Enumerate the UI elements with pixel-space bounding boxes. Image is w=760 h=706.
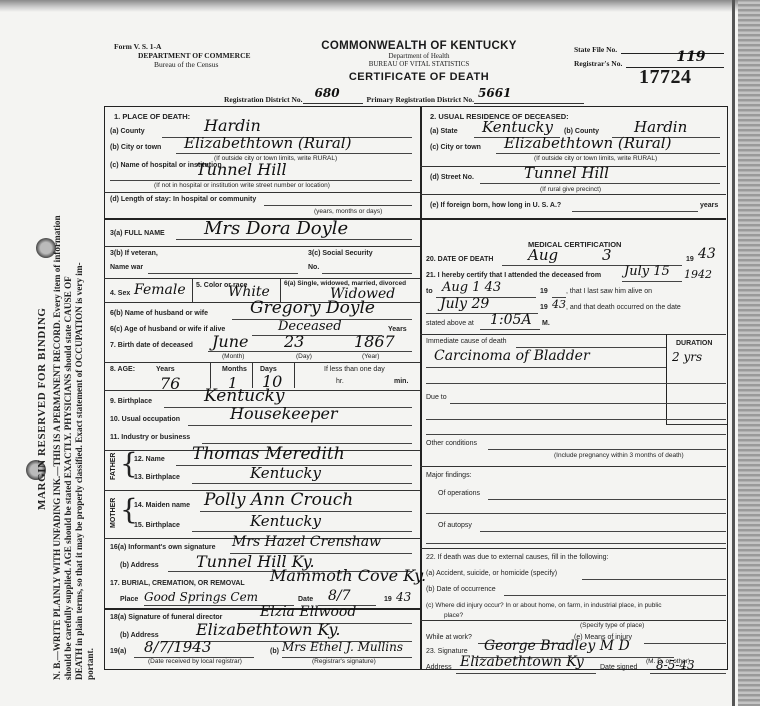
- mother-label: MOTHER: [110, 498, 117, 528]
- section-divider: [104, 218, 726, 220]
- burial-year-value: 43: [396, 590, 411, 604]
- certificate-title: CERTIFICATE OF DEATH: [304, 71, 534, 83]
- length-of-stay-field[interactable]: [264, 205, 412, 206]
- form-header-left: Form V. S. 1-A DEPARTMENT OF COMMERCE Bu…: [114, 42, 251, 69]
- duration-box: [666, 334, 727, 425]
- birthplace-value: Kentucky: [204, 386, 284, 406]
- mother-birthplace-value: Kentucky: [250, 512, 321, 530]
- burial-date-value: 8/7: [328, 588, 351, 604]
- mother-brace: {: [120, 496, 138, 524]
- father-birthplace-field[interactable]: [192, 483, 412, 484]
- birth-day-value: 23: [284, 332, 304, 351]
- father-label: FATHER: [110, 453, 117, 480]
- death-month-value: Aug: [528, 246, 558, 264]
- residence-city-field[interactable]: [496, 153, 720, 154]
- last-seen-value: July 29: [440, 296, 489, 312]
- date-received-value: 8/7/1943: [144, 638, 211, 656]
- department: DEPARTMENT OF COMMERCE: [138, 51, 251, 60]
- informant-signature-value: Mrs Hazel Crenshaw: [232, 534, 381, 550]
- scan-edge-top: [0, 0, 760, 12]
- residence-street-field[interactable]: [480, 183, 720, 184]
- registrar-signature-value: Mrs Ethel J. Mullins: [282, 640, 403, 654]
- divider: [252, 362, 253, 388]
- father-birthplace-value: Kentucky: [250, 464, 321, 482]
- divider: [420, 466, 726, 467]
- other-conditions-field[interactable]: [488, 449, 726, 450]
- registration-district-field[interactable]: 680: [303, 90, 363, 104]
- document-title: COMMONWEALTH OF KENTUCKY: [304, 40, 534, 52]
- findings-line: [426, 513, 726, 514]
- hospital-field[interactable]: [110, 180, 412, 181]
- margin-reserved-text: MARGIN RESERVED FOR BINDING: [36, 307, 48, 510]
- cause-line: [426, 383, 726, 384]
- date-signed-value: 8-5-43: [656, 658, 695, 672]
- spouse-name-value: Gregory Doyle: [250, 298, 375, 318]
- center-divider: [420, 106, 422, 670]
- registration-district: Registration District No. 680 Primary Re…: [224, 90, 584, 104]
- sex-value[interactable]: Female: [134, 282, 186, 298]
- form-edge-line: [732, 0, 735, 706]
- form-id: Form V. S. 1-A: [114, 42, 251, 51]
- findings-line: [426, 543, 726, 544]
- time-of-death-field[interactable]: [480, 329, 540, 330]
- physician-address-field[interactable]: [456, 673, 596, 674]
- place-of-death-heading: 1. PLACE OF DEATH:: [114, 112, 190, 121]
- birth-date-field[interactable]: [208, 351, 412, 352]
- burial-value: Mammoth Cove Ky.: [270, 566, 426, 585]
- means-of-injury-field[interactable]: [644, 643, 726, 644]
- bureau-vital-statistics: BUREAU OF VITAL STATISTICS: [304, 60, 534, 68]
- attended-from-field[interactable]: [622, 281, 682, 282]
- funeral-director-address-value: Elizabethtown Ky.: [196, 620, 340, 639]
- form-header-center: COMMONWEALTH OF KENTUCKY Department of H…: [304, 40, 534, 83]
- death-certificate-form: Form V. S. 1-A DEPARTMENT OF COMMERCE Bu…: [104, 34, 730, 679]
- death-city-value: Elizabethtown (Rural): [184, 134, 351, 152]
- divider: [192, 278, 193, 302]
- funeral-director-signature-value: Elzia Ellwood: [260, 604, 356, 620]
- date-of-occurrence-field[interactable]: [504, 595, 726, 596]
- bureau: Bureau of the Census: [154, 60, 251, 69]
- divider: [104, 278, 420, 279]
- birth-month-value: June: [212, 332, 249, 351]
- occupation-field[interactable]: [188, 425, 412, 426]
- cause-line: [426, 419, 726, 420]
- attended-from-value: July 15: [624, 264, 670, 279]
- death-city-field[interactable]: [176, 153, 412, 154]
- stamped-certificate-number: 17724: [639, 66, 692, 89]
- date-signed-field[interactable]: [650, 673, 726, 674]
- mother-birthplace-field[interactable]: [192, 531, 412, 532]
- divider: [104, 192, 420, 193]
- time-of-death-value: 1:05A: [490, 312, 532, 328]
- physician-address-value: Elizabethtown Ky: [460, 654, 584, 670]
- residence-street-value: Tunnel Hill: [524, 164, 609, 182]
- death-year-value: 43: [698, 246, 716, 262]
- duration-heading: DURATION: [676, 340, 712, 347]
- mother-name-value: Polly Ann Crouch: [204, 490, 353, 510]
- department-of-health: Department of Health: [304, 52, 534, 60]
- divider: [210, 362, 211, 388]
- father-name-value: Thomas Meredith: [192, 444, 345, 464]
- operations-field[interactable]: [488, 499, 726, 500]
- residence-city-value: Elizabethtown (Rural): [504, 134, 671, 152]
- divider: [104, 362, 420, 363]
- ssn-field[interactable]: [322, 273, 412, 274]
- cause-line: [426, 434, 726, 435]
- autopsy-field[interactable]: [480, 531, 726, 532]
- immediate-cause-field[interactable]: [426, 367, 666, 368]
- divider: [420, 620, 726, 621]
- primary-district-field[interactable]: 5661: [474, 90, 584, 104]
- hospital-value: Tunnel Hill: [196, 160, 287, 179]
- divider: [420, 194, 726, 195]
- death-county-value: Hardin: [204, 116, 261, 135]
- full-name-field[interactable]: [176, 239, 412, 240]
- full-name-value: Mrs Dora Doyle: [204, 218, 348, 239]
- birth-year-value: 1867: [354, 332, 395, 351]
- divider: [420, 548, 726, 549]
- last-seen-year-value: 43: [552, 298, 566, 311]
- death-day-value: 3: [602, 246, 612, 264]
- due-to-field[interactable]: [450, 403, 726, 404]
- divider: [294, 362, 295, 388]
- veteran-war-field[interactable]: [148, 273, 298, 274]
- margin-instructions: N. B.—WRITE PLAINLY WITH UNFADING INK.—T…: [52, 215, 96, 680]
- attended-from-year-value: 1942: [684, 268, 712, 281]
- immediate-cause-value: Carcinoma of Bladder: [434, 348, 590, 364]
- scan-edge-right: [738, 0, 760, 706]
- binding-margin: MARGIN RESERVED FOR BINDING N. B.—WRITE …: [0, 40, 100, 660]
- divider: [104, 246, 420, 247]
- duration-value[interactable]: 2 yrs: [672, 350, 702, 364]
- external-cause-field[interactable]: [582, 579, 726, 580]
- physician-signature-value: George Bradley M D: [484, 638, 630, 654]
- burial-place-value: Good Springs Cem: [144, 590, 258, 604]
- attended-to-value: Aug 1 43: [442, 280, 501, 295]
- state-file-field[interactable]: [621, 41, 724, 54]
- occupation-value: Housekeeper: [230, 404, 338, 423]
- form-header-right: State File No. Registrar's No. 119: [574, 40, 724, 68]
- foreign-born-field[interactable]: [572, 211, 698, 212]
